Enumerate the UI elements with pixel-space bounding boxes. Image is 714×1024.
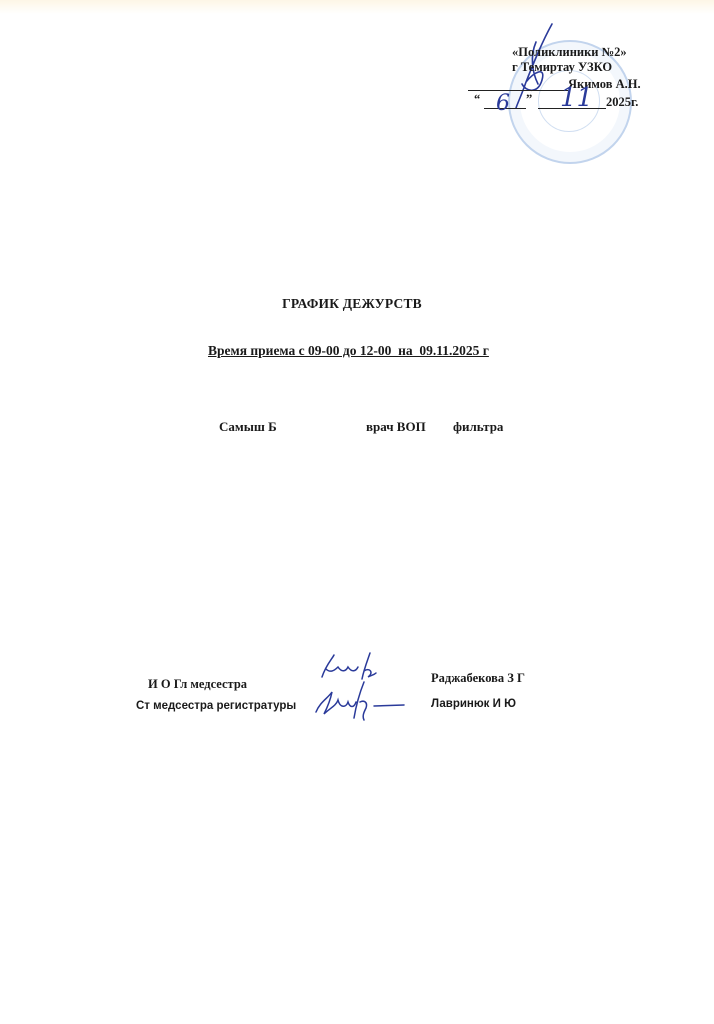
date-quote-close: ” (526, 91, 532, 107)
scan-edge-tint (0, 0, 714, 14)
date-year: 2025г. (606, 94, 638, 110)
signature-icon (312, 678, 412, 724)
duty-person-name: Самыш Б (219, 419, 277, 435)
date-day: 6 (496, 96, 510, 112)
signature-position: И О Гл медсестра (148, 677, 247, 692)
date-month: 11 (560, 90, 593, 106)
signatory-name: Лавринюк И Ю (431, 698, 516, 710)
duty-person-role: врач ВОП (366, 419, 426, 435)
signature-position: Ст медсестра регистратуры (136, 700, 296, 712)
document-title: ГРАФИК ДЕЖУРСТВ (0, 296, 714, 312)
approver-sign-line (468, 90, 568, 91)
date-quote-open: “ (474, 91, 480, 107)
duty-place: фильтра (453, 419, 503, 435)
approval-city: г Темиртау УЗКО (512, 59, 612, 75)
document-page: «Поликлиники №2» г Темиртау УЗКО Якимов … (0, 0, 714, 1024)
document-title-text: ГРАФИК ДЕЖУРСТВ (282, 296, 422, 311)
signatory-name: Раджабекова З Г (431, 671, 525, 686)
approval-org: «Поликлиники №2» (512, 44, 627, 60)
reception-time: Время приема с 09-00 до 12-00 на 09.11.2… (208, 343, 489, 359)
